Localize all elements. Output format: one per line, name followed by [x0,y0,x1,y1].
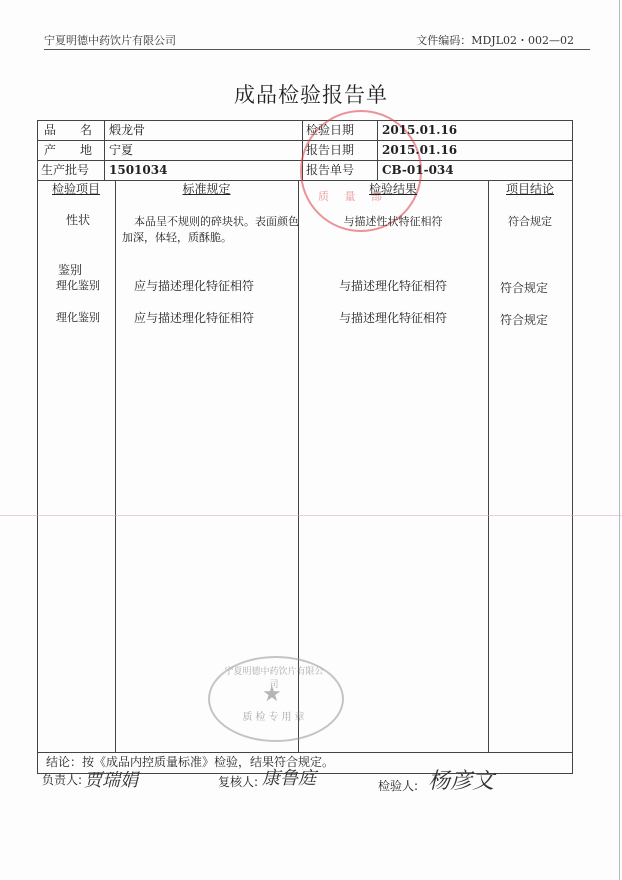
file-code-label: 文件编码： [416,34,471,47]
qc-stamp-label: 质检专用章 [230,708,320,723]
table-border-left [37,120,38,773]
row-result: 与描述理化特征相符 [298,277,488,295]
col-header-conclusion: 项目结论 [488,180,572,198]
inspector-label: 检验人: [378,777,418,795]
reviewer-signature: 康鲁庭 [262,764,316,790]
reviewer-label: 复核人: [218,773,258,791]
file-code: 文件编码：MDJL02・002—02 [416,32,574,48]
page-edge [619,0,620,880]
report-date-value: 2015.01.16 [382,141,457,159]
file-code-value: MDJL02・002—02 [471,34,574,47]
row-standard: 应与描述理化特征相符 [134,309,254,327]
inspect-date-value: 2015.01.16 [382,121,457,139]
row-item: 理化鉴别 [56,277,100,295]
product-name-label: 品 名 [44,121,100,139]
table-border-right [572,120,573,773]
header-divider [44,49,590,50]
table-rule [115,180,116,752]
col-header-standard: 标准规定 [115,180,298,198]
responsible-signature: 贾瑞娟 [84,766,138,792]
batch-value: 1501034 [109,161,167,179]
star-icon: ★ [262,682,282,707]
inspector-signature: 杨彦文 [428,764,494,795]
scan-artifact-line [0,515,622,516]
report-no-label: 报告单号 [306,161,354,179]
report-date-label: 报告日期 [306,141,354,159]
row-item: 性状 [66,211,90,229]
row-standard-cont: 加深，体轻，质酥脆。 [122,229,232,247]
origin-value: 宁夏 [109,141,133,159]
row-conclusion: 符合规定 [482,311,566,329]
responsible-label: 负责人: [42,771,82,789]
table-rule [488,180,489,752]
report-no-value: CB-01-034 [382,161,454,179]
row-result: 与描述性状特征相符 [298,213,488,231]
row-standard: 应与描述理化特征相符 [134,277,254,295]
col-header-result: 检验结果 [298,180,488,198]
origin-label: 产 地 [44,141,100,159]
col-header-item: 检验项目 [37,180,115,198]
row-result: 与描述理化特征相符 [298,309,488,327]
batch-label: 生产批号 [41,161,89,179]
row-conclusion: 符合规定 [482,279,566,297]
page-title: 成品检验报告单 [0,79,622,109]
company-name: 宁夏明德中药饮片有限公司 [44,32,176,48]
table-rule [104,120,105,180]
inspect-date-label: 检验日期 [306,121,354,139]
row-conclusion: 符合规定 [488,213,572,231]
product-name-value: 煅龙骨 [109,121,145,139]
row-item: 理化鉴别 [56,309,100,327]
